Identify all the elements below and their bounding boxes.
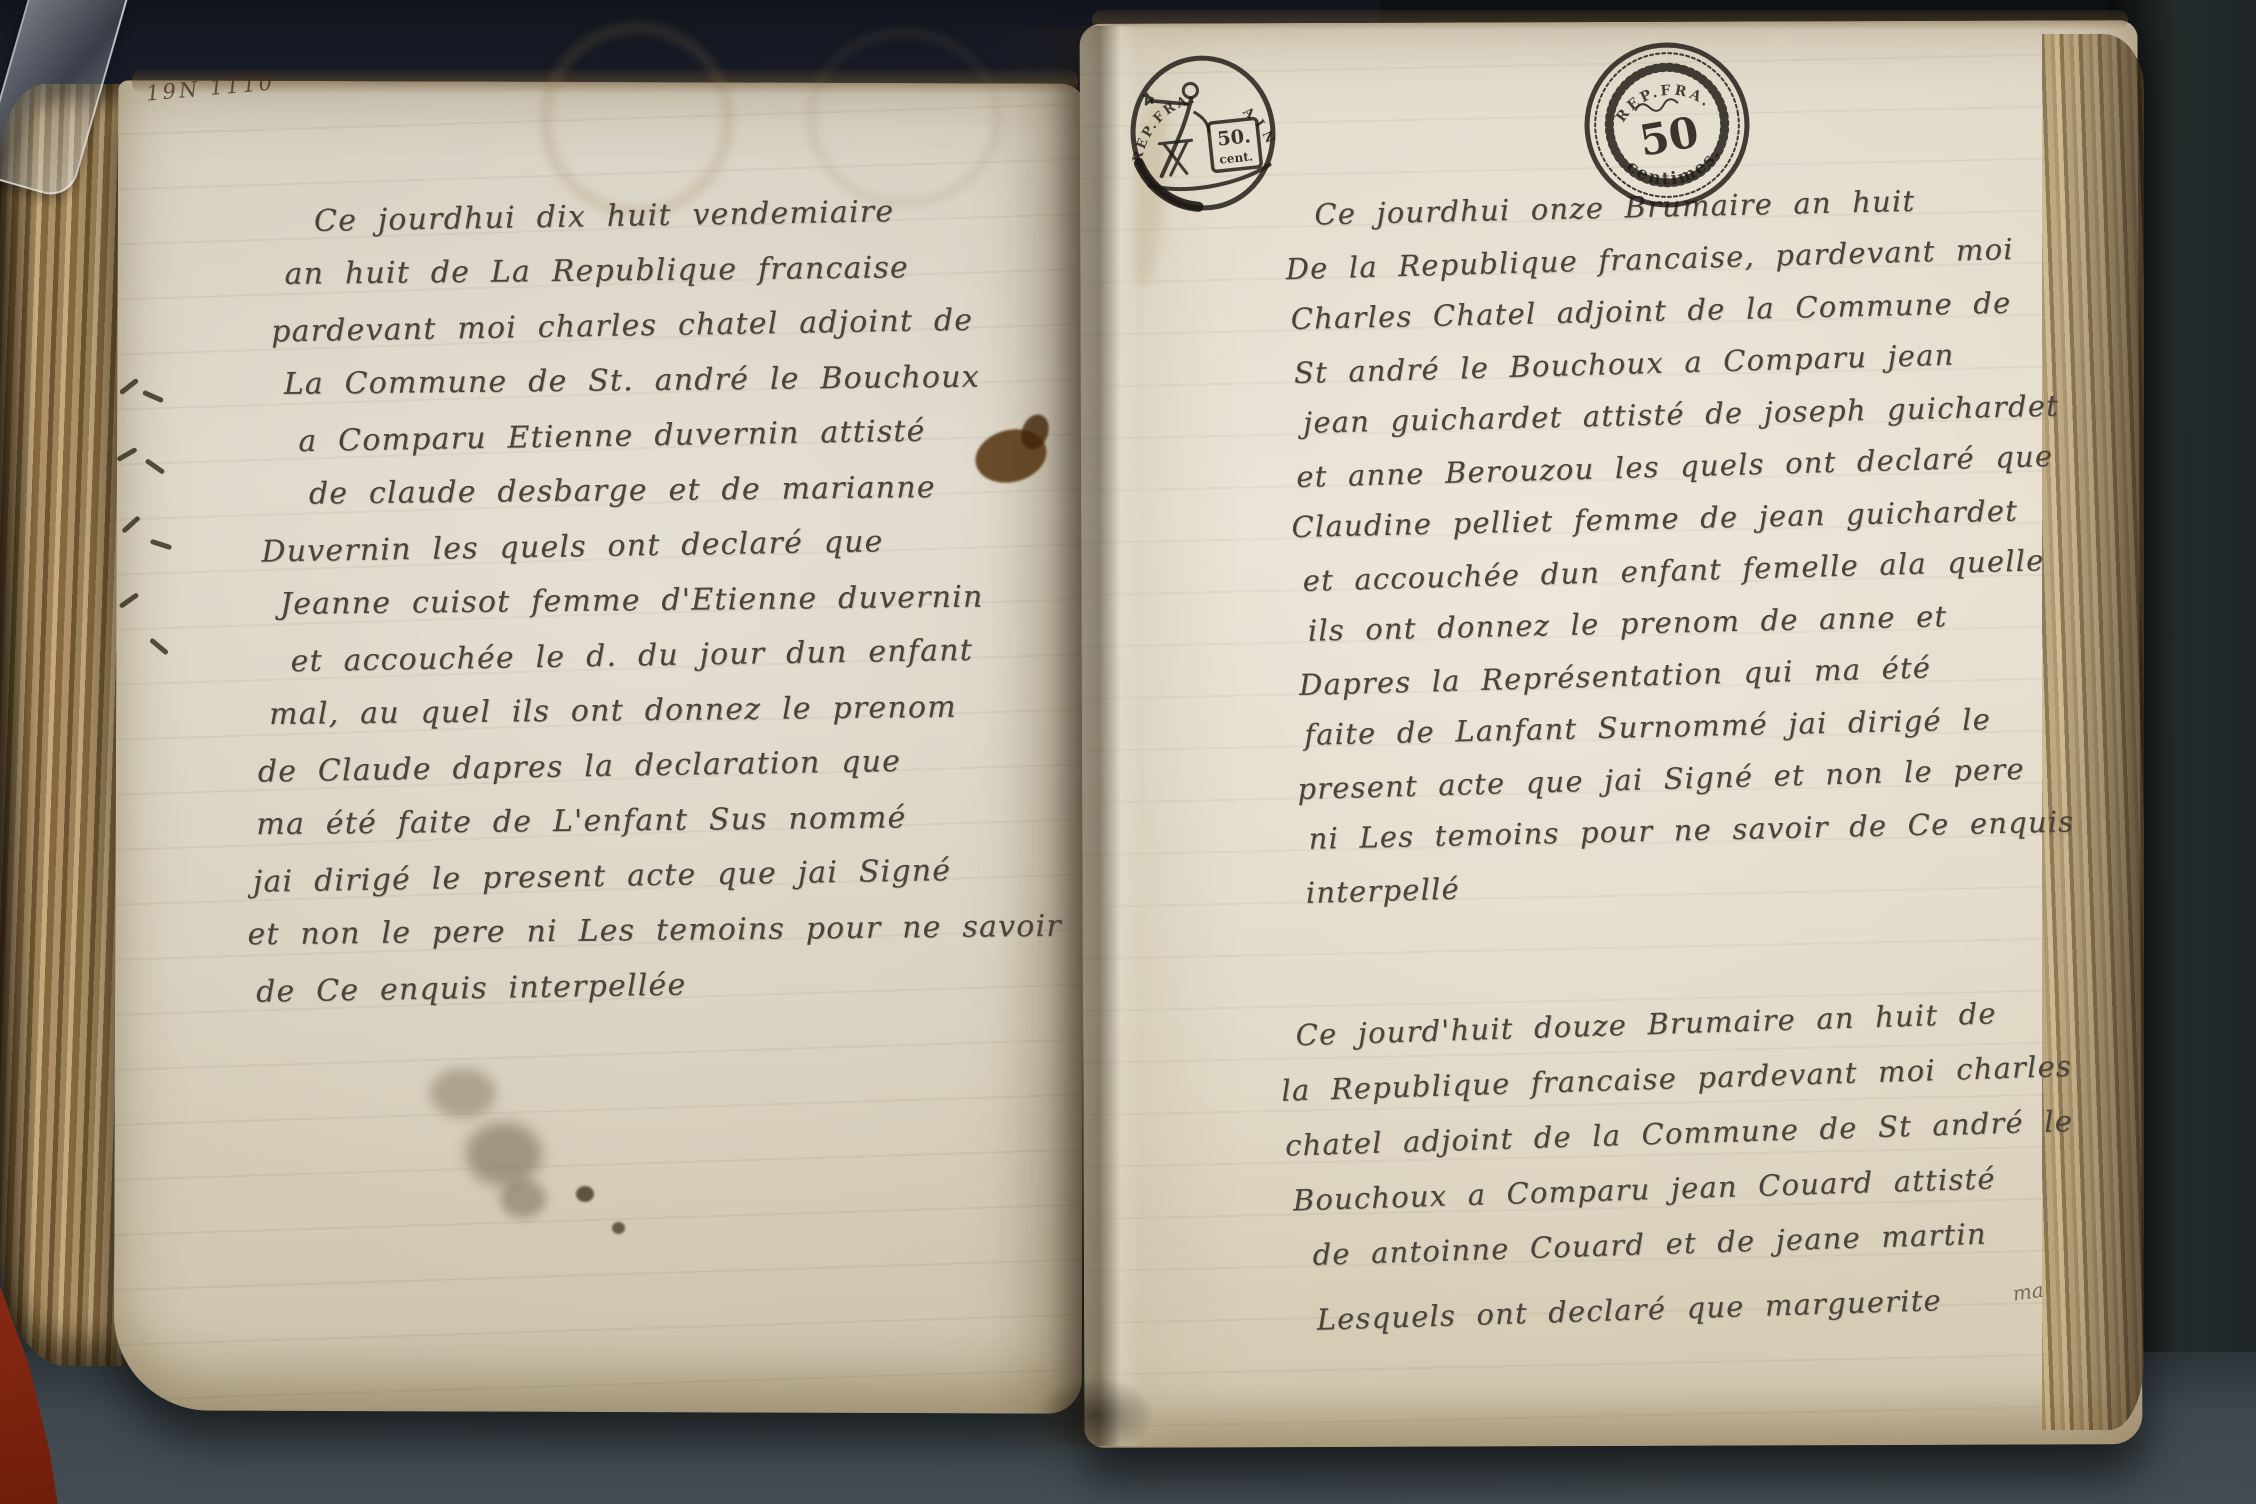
stain bbox=[466, 1122, 542, 1186]
stamp-value: 50 bbox=[1636, 107, 1703, 167]
stain bbox=[430, 1068, 496, 1118]
gutter-bottom-shadow bbox=[1010, 1360, 1180, 1470]
manuscript-line: de Ce enquis interpellée bbox=[256, 951, 1075, 1020]
manuscript-text-right-act2: Ce jourd'huit douze Brumaire an huit de … bbox=[1279, 983, 2099, 1348]
manuscript-text-right-act1: Ce jourdhui onze Brumaire an huit De la … bbox=[1284, 171, 2100, 917]
ghost-stamp-impression bbox=[806, 28, 1002, 208]
ink-spot bbox=[576, 1186, 594, 1202]
seated-figure-icon bbox=[1139, 76, 1271, 193]
tax-stamp-figure: REP.FRA. AIN. 50. cent. bbox=[1116, 42, 1290, 224]
register-photo: 19N 1110 Ce jourdhui dix huit vendemiair… bbox=[0, 0, 2256, 1504]
manuscript-text-left: Ce jourdhui dix huit vendemiaire an huit… bbox=[236, 184, 1075, 1018]
stamp-unit: cent. bbox=[1219, 149, 1254, 166]
manuscript-line: Ce jourdhui dix huit vendemiaire bbox=[314, 181, 1067, 248]
ink-spot bbox=[612, 1222, 625, 1234]
stain bbox=[500, 1180, 546, 1218]
tax-stamp-round: REP.FRA. 50 centimes. bbox=[1569, 27, 1766, 224]
stamp-value: 50. bbox=[1216, 124, 1252, 150]
worn-edge-top-right bbox=[1092, 10, 2128, 30]
